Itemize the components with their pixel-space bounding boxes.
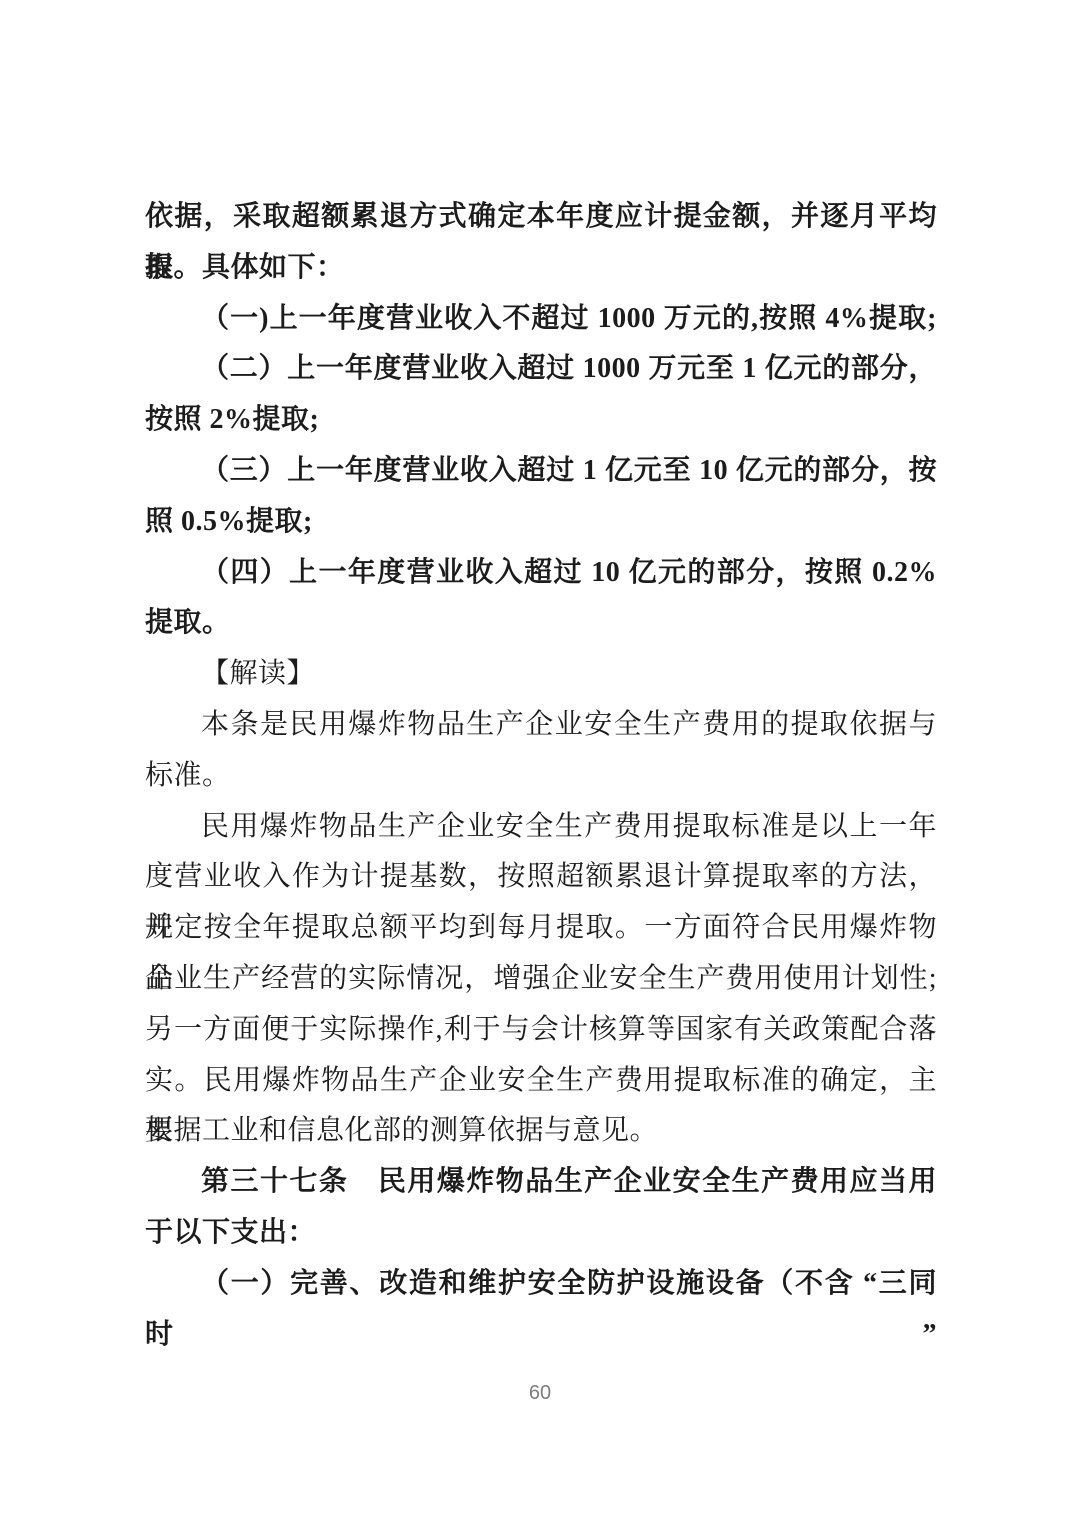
text-line: 民用爆炸物品生产企业安全生产费用提取标准是以上一年 [145, 802, 937, 853]
text-line: 于以下支出： [145, 1208, 937, 1259]
text-line: 标准。 [145, 751, 937, 802]
text-line: （四）上一年度营业收入超过 10 亿元的部分，按照 0.2% [145, 548, 937, 599]
text-line: 本条是民用爆炸物品生产企业安全生产费用的提取依据与 [145, 700, 937, 751]
text-line: 依据，采取超额累退方式确定本年度应计提金额，并逐月平均提 [145, 192, 937, 243]
text-line: 根据工业和信息化部的测算依据与意见。 [145, 1106, 937, 1157]
text-line: 【解读】 [145, 649, 937, 700]
text-line: 规定按全年提取总额平均到每月提取。一方面符合民用爆炸物品 [145, 903, 937, 954]
page-number: 60 [0, 1382, 1080, 1405]
document-page: 依据，采取超额累退方式确定本年度应计提金额，并逐月平均提取。具体如下：（一)上一… [0, 0, 1080, 1527]
text-line: （三）上一年度营业收入超过 1 亿元至 10 亿元的部分，按 [145, 446, 937, 497]
text-line: （一）完善、改造和维护安全防护设施设备（不含 “三同时” [145, 1259, 937, 1310]
text-line: 第三十七条 民用爆炸物品生产企业安全生产费用应当用 [145, 1157, 937, 1208]
text-line: 按照 2%提取; [145, 395, 937, 446]
text-line: 另一方面便于实际操作,利于与会计核算等国家有关政策配合落 [145, 1005, 937, 1056]
text-line: 照 0.5%提取; [145, 497, 937, 548]
text-line: 企业生产经营的实际情况，增强企业安全生产费用使用计划性; [145, 954, 937, 1005]
text-line: （二）上一年度营业收入超过 1000 万元至 1 亿元的部分， [145, 344, 937, 395]
document-body: 依据，采取超额累退方式确定本年度应计提金额，并逐月平均提取。具体如下：（一)上一… [145, 192, 937, 1310]
text-line: 取。具体如下： [145, 243, 937, 294]
text-line: 提取。 [145, 598, 937, 649]
text-line: （一)上一年度营业收入不超过 1000 万元的,按照 4%提取; [145, 294, 937, 345]
text-line: 实。民用爆炸物品生产企业安全生产费用提取标准的确定，主要 [145, 1056, 937, 1107]
text-line: 度营业收入作为计提基数，按照超额累退计算提取率的方法，并 [145, 852, 937, 903]
